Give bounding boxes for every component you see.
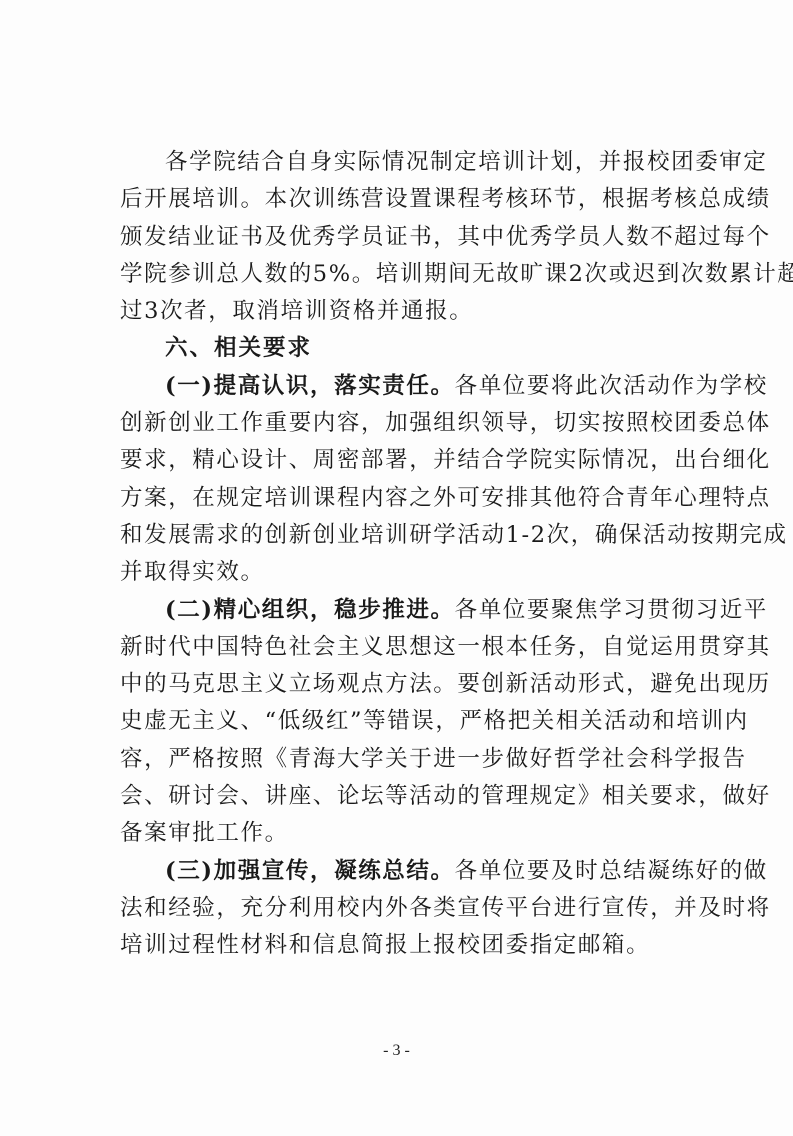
text-span: 各单位要及时总结凝练好的做 <box>455 858 768 884</box>
page-number: - 3 - <box>0 1042 793 1060</box>
text-line: 颁发结业证书及优秀学员证书，其中优秀学员人数不超过每个 <box>120 219 700 256</box>
text-span: 各单位要将此次活动作为学校 <box>455 373 768 399</box>
text-line: 要求，精心设计、周密部署，并结合学院实际情况，出台细化 <box>120 442 700 479</box>
text-line: 过3次者，取消培训资格并通报。 <box>120 293 700 330</box>
text-line: 并取得实效。 <box>120 554 700 591</box>
subsection-raise-awareness: (一)提高认识，落实责任。各单位要将此次活动作为学校 创新创业工作重要内容，加强… <box>120 368 700 592</box>
text-span: 各单位要聚焦学习贯彻习近平 <box>455 597 768 623</box>
subsection-careful-organization: (二)精心组织，稳步推进。各单位要聚焦学习贯彻习近平 新时代中国特色社会主义思想… <box>120 592 700 853</box>
text-line: 史虚无主义、“低级红”等错误，严格把关相关活动和培训内 <box>120 703 700 740</box>
subsection-first-line: (二)精心组织，稳步推进。各单位要聚焦学习贯彻习近平 <box>120 592 700 629</box>
subsection-title: (二)精心组织，稳步推进。 <box>165 597 455 623</box>
subsection-title: (三)加强宣传，凝练总结。 <box>165 858 455 884</box>
paragraph-training-plan: 各学院结合自身实际情况制定培训计划，并报校团委审定 后开展培训。本次训练营设置课… <box>120 144 700 330</box>
subsection-title: (一)提高认识，落实责任。 <box>165 373 455 399</box>
text-line: 法和经验，充分利用校内外各类宣传平台进行宣传，并及时将 <box>120 890 700 927</box>
text-line: 培训过程性材料和信息简报上报校团委指定邮箱。 <box>120 927 700 964</box>
text-line: 学院参训总人数的5%。培训期间无故旷课2次或迟到次数累计超 <box>120 256 700 293</box>
text-line: 新时代中国特色社会主义思想这一根本任务，自觉运用贯穿其 <box>120 629 700 666</box>
text-line: 创新创业工作重要内容，加强组织领导，切实按照校团委总体 <box>120 405 700 442</box>
subsection-first-line: (一)提高认识，落实责任。各单位要将此次活动作为学校 <box>120 368 700 405</box>
subsection-first-line: (三)加强宣传，凝练总结。各单位要及时总结凝练好的做 <box>120 853 700 890</box>
document-body: 各学院结合自身实际情况制定培训计划，并报校团委审定 后开展培训。本次训练营设置课… <box>120 144 700 965</box>
text-line: 备案审批工作。 <box>120 815 700 852</box>
text-line: 会、研讨会、讲座、论坛等活动的管理规定》相关要求，做好 <box>120 778 700 815</box>
document-page: 各学院结合自身实际情况制定培训计划，并报校团委审定 后开展培训。本次训练营设置课… <box>0 0 793 1136</box>
section-heading: 六、相关要求 <box>120 330 700 367</box>
text-line: 各学院结合自身实际情况制定培训计划，并报校团委审定 <box>120 144 700 181</box>
text-line: 方案，在规定培训课程内容之外可安排其他符合青年心理特点 <box>120 480 700 517</box>
text-line: 后开展培训。本次训练营设置课程考核环节，根据考核总成绩 <box>120 181 700 218</box>
text-line: 容，严格按照《青海大学关于进一步做好哲学社会科学报告 <box>120 741 700 778</box>
text-line: 和发展需求的创新创业培训研学活动1-2次，确保活动按期完成 <box>120 517 700 554</box>
text-line: 中的马克思主义立场观点方法。要创新活动形式，避免出现历 <box>120 666 700 703</box>
subsection-publicity-summary: (三)加强宣传，凝练总结。各单位要及时总结凝练好的做 法和经验，充分利用校内外各… <box>120 853 700 965</box>
